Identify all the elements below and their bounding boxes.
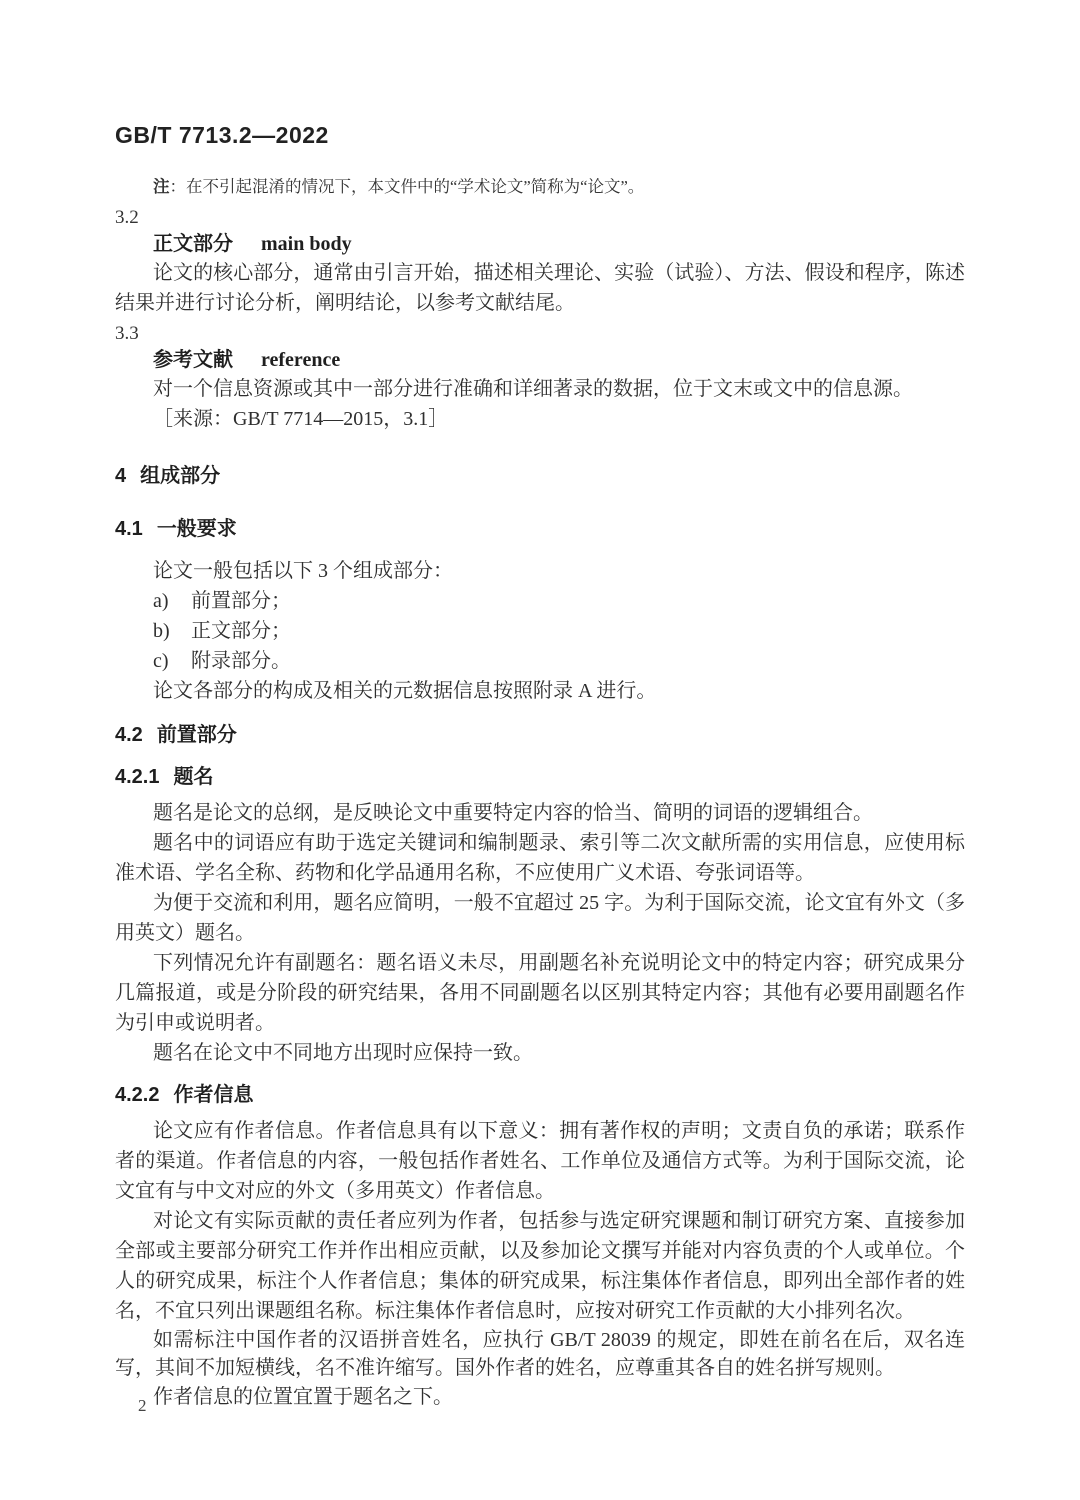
clause-title: 一般要求: [157, 518, 237, 540]
list-item-c: c)附录部分。: [115, 646, 965, 676]
clause-4-2-2-heading: 4.2.2作者信息: [115, 1080, 965, 1110]
clause-4-heading: 4组成部分: [115, 460, 965, 492]
term-number-3-3: 3.3: [115, 322, 965, 346]
list-text: 前置部分；: [191, 590, 291, 612]
clause-4-1-heading: 4.1一般要求: [115, 514, 965, 544]
list-marker: b): [153, 616, 191, 646]
list-marker: a): [153, 586, 191, 616]
clause-number: 4.2: [115, 724, 143, 746]
clause-number: 4: [115, 465, 126, 487]
clause-title: 题名: [173, 766, 213, 788]
note-label: 注: [153, 178, 170, 196]
document-page: GB/T 7713.2—2022 注：在不引起混淆的情况下，本文件中的“学术论文…: [0, 0, 1080, 1500]
note-line: 注：在不引起混淆的情况下，本文件中的“学术论文”简称为“论文”。: [115, 174, 965, 200]
clause-title: 前置部分: [157, 724, 237, 746]
clause-4-2-1-heading: 4.2.1题名: [115, 762, 965, 792]
term-definition-3-3: 对一个信息资源或其中一部分进行准确和详细著录的数据，位于文末或文中的信息源。: [115, 374, 965, 404]
clause-number: 4.2.2: [115, 1084, 159, 1106]
term-heading-3-3: 参考文献reference: [115, 346, 965, 374]
paragraph: 下列情况允许有副题名：题名语义未尽，用副题名补充说明论文中的特定内容；研究成果分…: [115, 948, 965, 1038]
term-en: reference: [261, 349, 340, 371]
clause-4-2-heading: 4.2前置部分: [115, 720, 965, 750]
paragraph: 对论文有实际贡献的责任者应列为作者，包括参与选定研究课题和制订研究方案、直接参加…: [115, 1206, 965, 1326]
page-content: GB/T 7713.2—2022 注：在不引起混淆的情况下，本文件中的“学术论文…: [0, 0, 1080, 1412]
list-text: 附录部分。: [191, 650, 291, 672]
term-zh: 参考文献: [153, 349, 233, 371]
paragraph: 如需标注中国作者的汉语拼音姓名，应执行 GB/T 28039 的规定，即姓在前名…: [115, 1326, 965, 1382]
paragraph: 作者信息的位置宜置于题名之下。: [115, 1382, 965, 1412]
clause-4-1-intro: 论文一般包括以下 3 个组成部分：: [115, 556, 965, 586]
clause-title: 作者信息: [173, 1084, 253, 1106]
paragraph: 题名中的词语应有助于选定关键词和编制题录、索引等二次文献所需的实用信息，应使用标…: [115, 828, 965, 888]
term-number-3-2: 3.2: [115, 206, 965, 230]
paragraph: 为便于交流和利用，题名应简明，一般不宜超过 25 字。为利于国际交流，论文宜有外…: [115, 888, 965, 948]
list-item-b: b)正文部分；: [115, 616, 965, 646]
clause-number: 4.1: [115, 518, 143, 540]
standard-code-running-head: GB/T 7713.2—2022: [115, 120, 965, 150]
term-zh: 正文部分: [153, 233, 233, 255]
page-number: 2: [138, 1396, 147, 1416]
term-heading-3-2: 正文部分main body: [115, 230, 965, 258]
note-text: ：在不引起混淆的情况下，本文件中的“学术论文”简称为“论文”。: [170, 177, 645, 196]
term-source-3-3: ［来源：GB/T 7714—2015，3.1］: [115, 404, 965, 434]
clause-4-1-outro: 论文各部分的构成及相关的元数据信息按照附录 A 进行。: [115, 676, 965, 706]
paragraph: 题名是论文的总纲，是反映论文中重要特定内容的恰当、简明的词语的逻辑组合。: [115, 798, 965, 828]
paragraph: 论文应有作者信息。作者信息具有以下意义：拥有著作权的声明；文责自负的承诺；联系作…: [115, 1116, 965, 1206]
list-text: 正文部分；: [191, 620, 291, 642]
list-marker: c): [153, 646, 191, 676]
term-en: main body: [261, 233, 352, 255]
list-item-a: a)前置部分；: [115, 586, 965, 616]
term-definition-3-2: 论文的核心部分，通常由引言开始，描述相关理论、实验（试验）、方法、假设和程序，陈…: [115, 258, 965, 318]
clause-title: 组成部分: [140, 465, 220, 487]
paragraph: 题名在论文中不同地方出现时应保持一致。: [115, 1038, 965, 1068]
clause-number: 4.2.1: [115, 766, 159, 788]
